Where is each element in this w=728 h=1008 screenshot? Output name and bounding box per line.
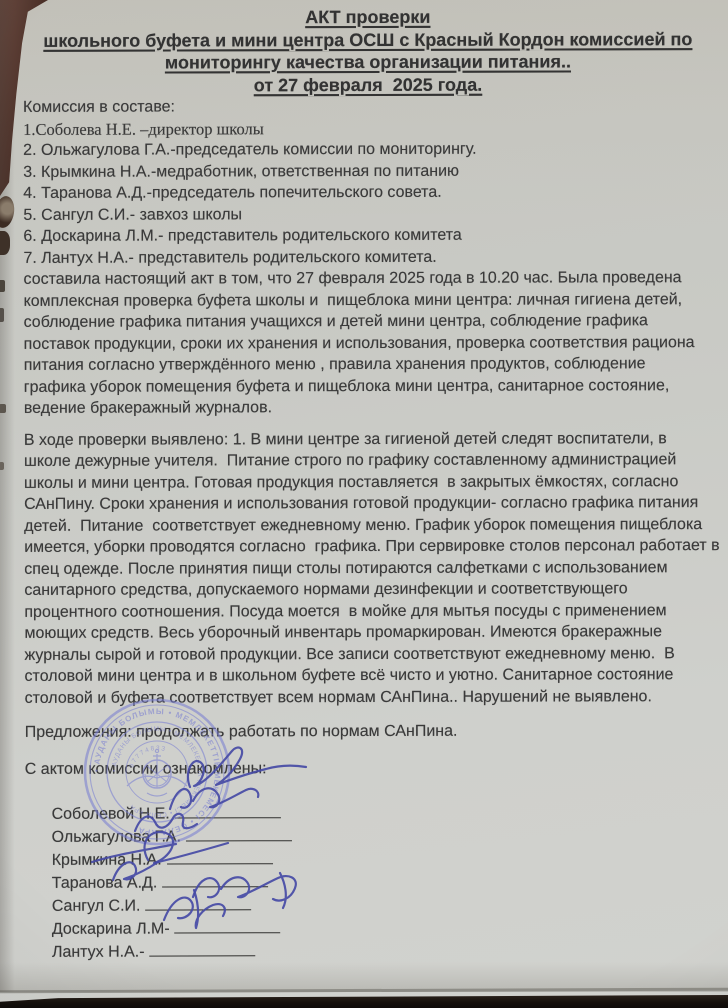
- signatory-name: Доскарина Л.М-: [52, 921, 170, 938]
- paragraph-line: поставок продукции, сроки их хранения и …: [24, 332, 714, 355]
- signature-ink: [156, 884, 238, 934]
- title-line: АКТ проверки: [23, 5, 713, 29]
- signatory-name: Лантух Н.А.-: [52, 944, 145, 961]
- paragraph-line: комплексная проверка буфета школы и пище…: [24, 289, 714, 312]
- table-edge-bottom: [0, 995, 728, 1008]
- paragraph-act-statement: составила настоящий акт в том, что 27 фе…: [23, 267, 713, 419]
- signature-line: [150, 942, 256, 956]
- paragraph-line: имеется, уборки проводятся согласно граф…: [24, 535, 714, 558]
- commission-member: 2. Ольжагулова Г.А.-председатель комисси…: [23, 138, 713, 161]
- photographed-document: АКТ проверкишкольного буфета и мини цент…: [0, 0, 728, 1008]
- paragraph-line: процентного соотношения. Посуда моется в…: [24, 600, 714, 623]
- paragraph-line: питания согласно утверждённого меню , пр…: [24, 353, 714, 376]
- title-line: мониторингу качества организации питания…: [23, 50, 713, 74]
- paragraph-line: составила настоящий акт в том, что 27 фе…: [23, 267, 713, 290]
- edge-mark: [0, 404, 6, 413]
- title-line: школьного буфета и мини центра ОСШ с Кра…: [23, 28, 713, 52]
- paragraph-line: санитарного средства, допускаемого норма…: [24, 578, 714, 601]
- paragraph-line: школы и мини центра. Готовая продукция п…: [24, 471, 714, 494]
- signatory-name: Сангул С.И.: [52, 898, 141, 915]
- commission-list: 1.Соболева Н.Е. –директор школы2. Ольжаг…: [23, 117, 713, 269]
- paragraph-findings: В ходе проверки выявлено: 1. В мини цент…: [24, 428, 715, 709]
- commission-member: 1.Соболева Н.Е. –директор школы: [23, 117, 713, 140]
- commission-member: 4. Таранова А.Д.-председатель попечитель…: [23, 181, 713, 204]
- title-line: от 27 февраля 2025 года.: [23, 73, 713, 97]
- commission-member: 5. Сангул С.И.- завхоз школы: [23, 203, 713, 226]
- paragraph-line: моющих средств. Весь уборочный инвентарь…: [24, 621, 714, 644]
- commission-member: 3. Крымкина Н.А.-медработник, ответствен…: [23, 160, 713, 183]
- edge-mark: [0, 462, 4, 470]
- paragraph-line: спец одежде. После принятия пищи столы п…: [24, 557, 714, 580]
- paragraph-line: графика уборок помещения буфета и пищебл…: [24, 375, 714, 398]
- paragraph-line: школе дежурные учителя. Питание строго п…: [24, 449, 714, 472]
- paragraph-line: соблюдение графика питания учащихся и де…: [24, 310, 714, 333]
- paragraph-line: журналы сырой и готовой продукции. Все з…: [24, 643, 714, 666]
- binding-debris: [0, 231, 10, 255]
- paragraph-line: детей. Питание соответствует ежедневному…: [24, 514, 714, 537]
- paragraph-line: ведение бракеражный журналов.: [24, 396, 714, 419]
- paragraph-line: В ходе проверки выявлено: 1. В мини цент…: [24, 428, 714, 451]
- svg-text:97774833: 97774833: [128, 745, 167, 769]
- paper-left-shadow: [0, 0, 16, 992]
- commission-heading: Комиссия в составе:: [23, 95, 713, 118]
- edge-mark: [0, 280, 5, 292]
- document-title: АКТ проверкишкольного буфета и мини цент…: [23, 5, 713, 97]
- commission-member: 7. Лантух Н.А.- представитель родительск…: [23, 246, 713, 269]
- edge-mark: [0, 308, 4, 322]
- paragraph-line: столовой мини центра и в школьном буфете…: [25, 664, 715, 687]
- paragraph-line: САнПину. Сроки хранения и использования …: [24, 492, 714, 515]
- commission-member: 6. Доскарина Л.М.- представитель родител…: [23, 224, 713, 247]
- stamp-digits: 97774833: [128, 745, 167, 769]
